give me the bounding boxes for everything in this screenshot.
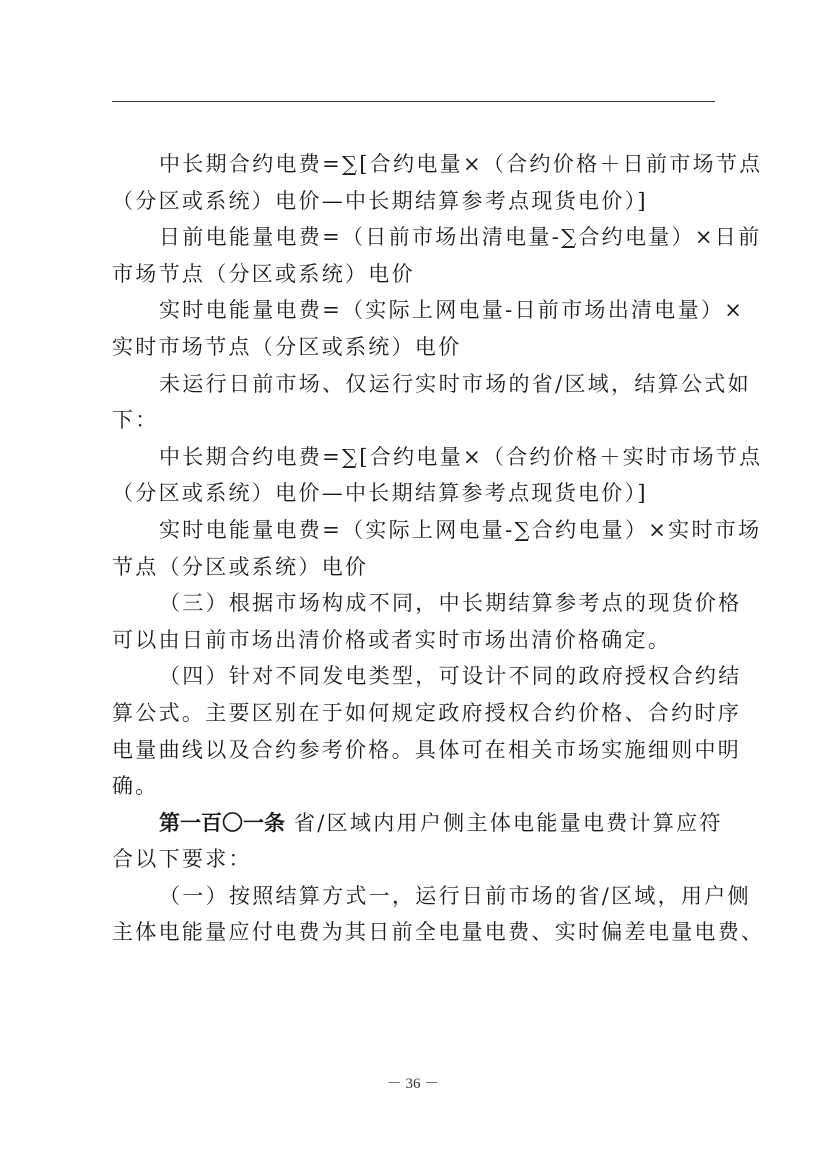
text-line: 日前电能量电费=（日前市场出清电量-∑合约电量）×日前 — [112, 219, 715, 256]
text-line: 合以下要求： — [112, 841, 715, 878]
text-line: 下： — [112, 402, 715, 439]
text-line: 未运行日前市场、仅运行实时市场的省/区域，结算公式如 — [112, 366, 715, 403]
text-line: 算公式。主要区别在于如何规定政府授权合约价格、合约时序 — [112, 695, 715, 732]
text-line: （一）按照结算方式一，运行日前市场的省/区域，用户侧 — [112, 878, 715, 915]
text-line: （四）针对不同发电类型，可设计不同的政府授权合约结 — [112, 658, 715, 695]
text-line: （分区或系统）电价—中长期结算参考点现货电价）] — [112, 183, 715, 220]
text-line: （三）根据市场构成不同，中长期结算参考点的现货价格 — [112, 585, 715, 622]
text-line: 实时市场节点（分区或系统）电价 — [112, 329, 715, 366]
text-line: 实时电能量电费=（实际上网电量-∑合约电量）×实时市场 — [112, 512, 715, 549]
text-line: 中长期合约电费=∑[合约电量×（合约价格＋日前市场节点 — [112, 146, 715, 183]
text-line: 中长期合约电费=∑[合约电量×（合约价格＋实时市场节点 — [112, 439, 715, 476]
article-label: 第一百〇一条 — [159, 810, 285, 835]
text-line: 确。 — [112, 768, 715, 805]
document-body: 中长期合约电费=∑[合约电量×（合约价格＋日前市场节点 （分区或系统）电价—中长… — [112, 146, 715, 951]
paragraph-realtime-energy-fee: 实时电能量电费=（实际上网电量-日前市场出清电量）× 实时市场节点（分区或系统）… — [112, 292, 715, 365]
paragraph-realtime-only-intro: 未运行日前市场、仅运行实时市场的省/区域，结算公式如 下： — [112, 366, 715, 439]
header-rule — [112, 101, 715, 102]
text-line: 第一百〇一条 省/区域内用户侧主体电能量电费计算应符 — [112, 805, 715, 842]
page-number: － 36 － — [0, 1072, 826, 1093]
article-text: 省/区域内用户侧主体电能量电费计算应符 — [285, 811, 723, 835]
paragraph-mid-long-term-fee-dayahead: 中长期合约电费=∑[合约电量×（合约价格＋日前市场节点 （分区或系统）电价—中长… — [112, 146, 715, 219]
text-line: 实时电能量电费=（实际上网电量-日前市场出清电量）× — [112, 292, 715, 329]
paragraph-item-three: （三）根据市场构成不同，中长期结算参考点的现货价格 可以由日前市场出清价格或者实… — [112, 585, 715, 658]
text-line: 可以由日前市场出清价格或者实时市场出清价格确定。 — [112, 622, 715, 659]
text-line: 主体电能量应付电费为其日前全电量电费、实时偏差电量电费、 — [112, 914, 715, 951]
paragraph-mid-long-term-fee-realtime: 中长期合约电费=∑[合约电量×（合约价格＋实时市场节点 （分区或系统）电价—中长… — [112, 439, 715, 512]
text-line: 节点（分区或系统）电价 — [112, 549, 715, 586]
text-line: （分区或系统）电价—中长期结算参考点现货电价）] — [112, 475, 715, 512]
paragraph-item-four: （四）针对不同发电类型，可设计不同的政府授权合约结 算公式。主要区别在于如何规定… — [112, 658, 715, 804]
paragraph-item-one: （一）按照结算方式一，运行日前市场的省/区域，用户侧 主体电能量应付电费为其日前… — [112, 878, 715, 951]
paragraph-realtime-energy-fee-2: 实时电能量电费=（实际上网电量-∑合约电量）×实时市场 节点（分区或系统）电价 — [112, 512, 715, 585]
paragraph-dayahead-energy-fee: 日前电能量电费=（日前市场出清电量-∑合约电量）×日前 市场节点（分区或系统）电… — [112, 219, 715, 292]
text-line: 电量曲线以及合约参考价格。具体可在相关市场实施细则中明 — [112, 732, 715, 769]
text-line: 市场节点（分区或系统）电价 — [112, 256, 715, 293]
paragraph-article-101: 第一百〇一条 省/区域内用户侧主体电能量电费计算应符 合以下要求： — [112, 805, 715, 878]
